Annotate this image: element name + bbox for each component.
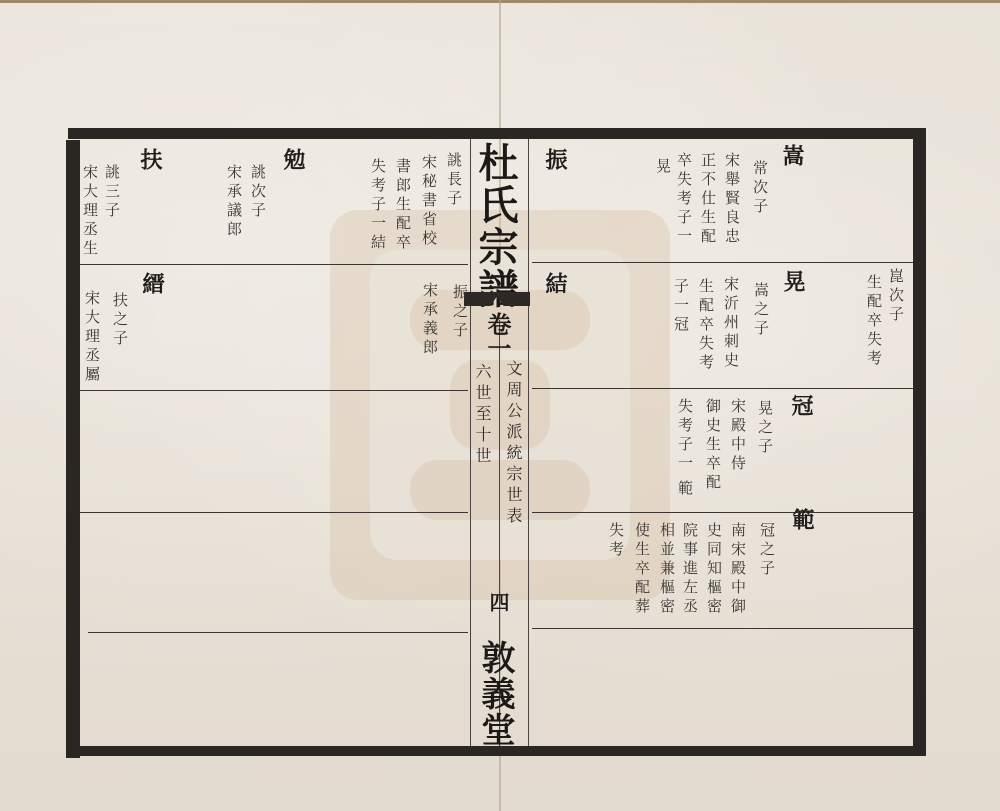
entry-line: 晃	[655, 158, 670, 177]
left-row-divider-3	[80, 512, 468, 513]
entry-line: 範	[677, 480, 692, 499]
volume-label: 卷一	[485, 312, 509, 360]
entry-line: 扶之子	[112, 292, 127, 349]
page-number: 四	[488, 592, 508, 612]
left-row-divider-1	[80, 264, 468, 265]
person-name-jin: 縉	[141, 272, 163, 294]
left-row-divider-4	[88, 632, 468, 633]
entry-line: 院事進左丞	[682, 522, 697, 617]
entry-line: 誂次子	[250, 164, 265, 221]
entry-line: 南宋殿中御	[730, 522, 745, 617]
entry-line: 御史生卒配	[705, 398, 720, 493]
right-row-divider-1	[532, 262, 913, 263]
entry-line: 宋舉賢良忠	[724, 152, 739, 247]
entry-line: 正不仕生配	[700, 152, 715, 247]
entry-line: 宋承義郎	[422, 282, 437, 358]
entry-line: 誂三子	[104, 164, 119, 221]
person-name-mian: 勉	[282, 148, 304, 170]
entry-line: 生配卒失考	[698, 278, 713, 373]
entry-line: 嵩之子	[753, 282, 768, 339]
person-name-guan: 冠	[790, 394, 812, 416]
center-column-line-right	[528, 139, 529, 746]
entry-line: 失考子一	[677, 398, 692, 474]
entry-line: 晃之子	[757, 400, 772, 457]
entry-line: 冠之子	[759, 522, 774, 579]
frame-border-right	[913, 128, 926, 754]
frame-border-left	[66, 140, 80, 758]
right-row-divider-3	[532, 512, 913, 513]
entry-line: 誂長子	[446, 152, 461, 209]
generations-range: 六世至十世	[474, 363, 490, 468]
entry-line: 常次子	[752, 160, 767, 217]
entry-line: 宋秘書省校	[421, 154, 436, 249]
frame-border-top	[68, 128, 926, 139]
entry-line: 書郎生配卒	[395, 158, 410, 253]
person-name-zhen: 振	[544, 148, 566, 170]
entry-line: 宋承議郎	[226, 164, 241, 240]
entry-line: 史同知樞密	[706, 522, 721, 617]
entry-line: 宋沂州刺史	[723, 276, 738, 371]
entry-line: 卒失考子一	[676, 152, 691, 247]
edge-entry-line: 生配卒失考	[866, 274, 881, 369]
entry-line: 宋大理丞屬	[84, 290, 99, 385]
entry-line: 失考子一結	[370, 158, 385, 253]
person-name-fan: 範	[791, 508, 813, 530]
left-row-divider-2	[80, 390, 468, 391]
book-title: 杜氏宗譜	[475, 142, 515, 310]
center-column-line-left	[470, 139, 471, 746]
person-name-song: 嵩	[781, 144, 803, 166]
section-title: 文周公派統宗世表	[505, 360, 521, 528]
entry-line: 振之子	[452, 284, 467, 341]
person-name-fu: 扶	[139, 148, 161, 170]
person-name-huang: 晃	[782, 270, 804, 292]
right-row-divider-4	[532, 628, 913, 629]
entry-line: 使生卒配葬	[634, 522, 649, 617]
entry-line: 子一冠	[673, 278, 688, 335]
edge-entry-line: 崑次子	[888, 268, 903, 325]
entry-line: 失考	[608, 522, 623, 560]
person-name-jie: 結	[544, 272, 566, 294]
hall-name: 敦義堂	[478, 640, 512, 748]
right-row-divider-2	[532, 388, 913, 389]
entry-line: 宋殿中侍	[730, 398, 745, 474]
entry-line: 宋大理丞生	[82, 164, 97, 259]
entry-line: 相並兼樞密	[659, 522, 674, 617]
